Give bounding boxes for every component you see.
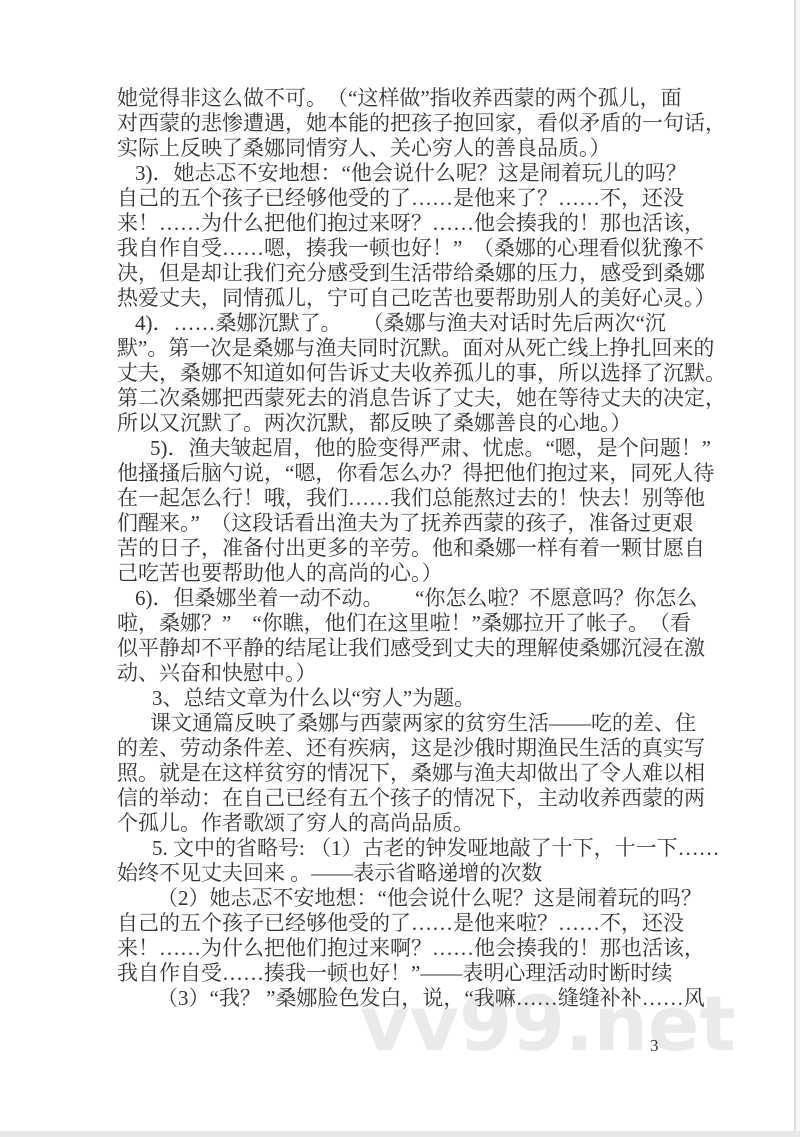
text-line: 5. 文中的省略号: （1）古老的钟发哑地敲了十下，十一下……	[117, 836, 717, 861]
text-line: 丈夫，桑娜不知道如何告诉丈夫收养孤儿的事，所以选择了沉默。	[117, 361, 717, 386]
text-line: 在一起怎么行！哦，我们……我们总能熬过去的！快去！别等他	[117, 486, 717, 511]
text-line: 来！……为什么把他们抱过来啊？……他会揍我的！那也活该，	[117, 936, 717, 961]
text-line: 她觉得非这么做不可。 （“这样做”指收养西蒙的两个孤儿，面	[117, 86, 717, 111]
text-line: 实际上反映了桑娜同情穷人、关心穷人的善良品质。）	[117, 136, 717, 161]
page-bottom-edge	[0, 1131, 800, 1137]
text-line: 决，但是却让我们充分感受到生活带给桑娜的压力，感受到桑娜	[117, 261, 717, 286]
text-line: 6)．但桑娜坐着一动不动。 “你怎么啦？不愿意吗？你怎么	[117, 586, 717, 611]
text-line: 啦，桑娜？” “你瞧，他们在这里啦！”桑娜拉开了帐子。 （看	[117, 611, 717, 636]
document-page: vv99.net 她觉得非这么做不可。 （“这样做”指收养西蒙的两个孤儿，面对西…	[0, 0, 800, 1137]
text-line: 热爱丈夫，同情孤儿，宁可自己吃苦也要帮助别人的美好心灵。）	[117, 286, 717, 311]
text-line: 我自作自受……嗯，揍我一顿也好！” （桑娜的心理看似犹豫不	[117, 236, 717, 261]
page-number: 3	[650, 1036, 659, 1056]
text-line: 来！……为什么把他们抱过来呀？……他会揍我的！那也活该，	[117, 211, 717, 236]
text-line: 对西蒙的悲惨遭遇，她本能的把孩子抱回家，看似矛盾的一句话，	[117, 111, 717, 136]
text-line: 我自作自受……揍我一顿也好！”——表明心理活动时断时续	[117, 961, 717, 986]
page-right-margin	[796, 0, 800, 1131]
text-line: 信的举动：在自己已经有五个孩子的情况下，主动收养西蒙的两	[117, 786, 717, 811]
text-line: 5)．渔夫皱起眉，他的脸变得严肃、忧虑。“嗯，是个问题！”	[117, 436, 717, 461]
text-line: 默”。第一次是桑娜与渔夫同时沉默。面对从死亡线上挣扎回来的	[117, 336, 717, 361]
text-line: 苦的日子，准备付出更多的辛劳。他和桑娜一样有着一颗甘愿自	[117, 536, 717, 561]
text-line: 个孤儿。作者歌颂了穷人的高尚品质。	[117, 811, 717, 836]
text-line: 动、兴奋和快慰中。）	[117, 661, 717, 686]
text-line: （2）她忐忑不安地想：“他会说什么呢？这是闹着玩的吗？	[117, 886, 717, 911]
text-line: 课文通篇反映了桑娜与西蒙两家的贫穷生活——吃的差、住	[117, 711, 717, 736]
text-line: 照。就是在这样贫穷的情况下，桑娜与渔夫却做出了令人难以相	[117, 761, 717, 786]
text-line: 3、总结文章为什么以“穷人”为题。	[117, 686, 717, 711]
text-line: 们醒来。” （这段话看出渔夫为了抚养西蒙的孩子，准备过更艰	[117, 511, 717, 536]
text-line: 他搔搔后脑勺说，“嗯，你看怎么办？得把他们抱过来，同死人待	[117, 461, 717, 486]
text-line: 4)．……桑娜沉默了。 （桑娜与渔夫对话时先后两次“沉	[117, 311, 717, 336]
text-line: 所以又沉默了。两次沉默，都反映了桑娜善良的心地。）	[117, 411, 717, 436]
text-line: 第二次桑娜把西蒙死去的消息告诉了丈夫，她在等待丈夫的决定，	[117, 386, 717, 411]
text-line: 的差、劳动条件差、还有疾病，这是沙俄时期渔民生活的真实写	[117, 736, 717, 761]
text-line: 己吃苦也要帮助他人的高尚的心。）	[117, 561, 717, 586]
text-line: 似平静却不平静的结尾让我们感受到丈夫的理解使桑娜沉浸在激	[117, 636, 717, 661]
text-line: （3）“我？ ”桑娜脸色发白，说，“我嘛……缝缝补补……风	[117, 986, 717, 1011]
text-line: 自己的五个孩子已经够他受的了……是他来啦？……不，还没	[117, 911, 717, 936]
page-right-edge	[794, 0, 796, 1131]
text-line: 始终不见丈夫回来 。——表示省略递增的次数	[117, 861, 717, 886]
document-text: 她觉得非这么做不可。 （“这样做”指收养西蒙的两个孤儿，面对西蒙的悲惨遭遇，她本…	[117, 86, 717, 1011]
text-line: 自己的五个孩子已经够他受的了……是他来了？……不，还没	[117, 186, 717, 211]
text-line: 3)．她忐忑不安地想：“他会说什么呢？这是闹着玩儿的吗？	[117, 161, 717, 186]
